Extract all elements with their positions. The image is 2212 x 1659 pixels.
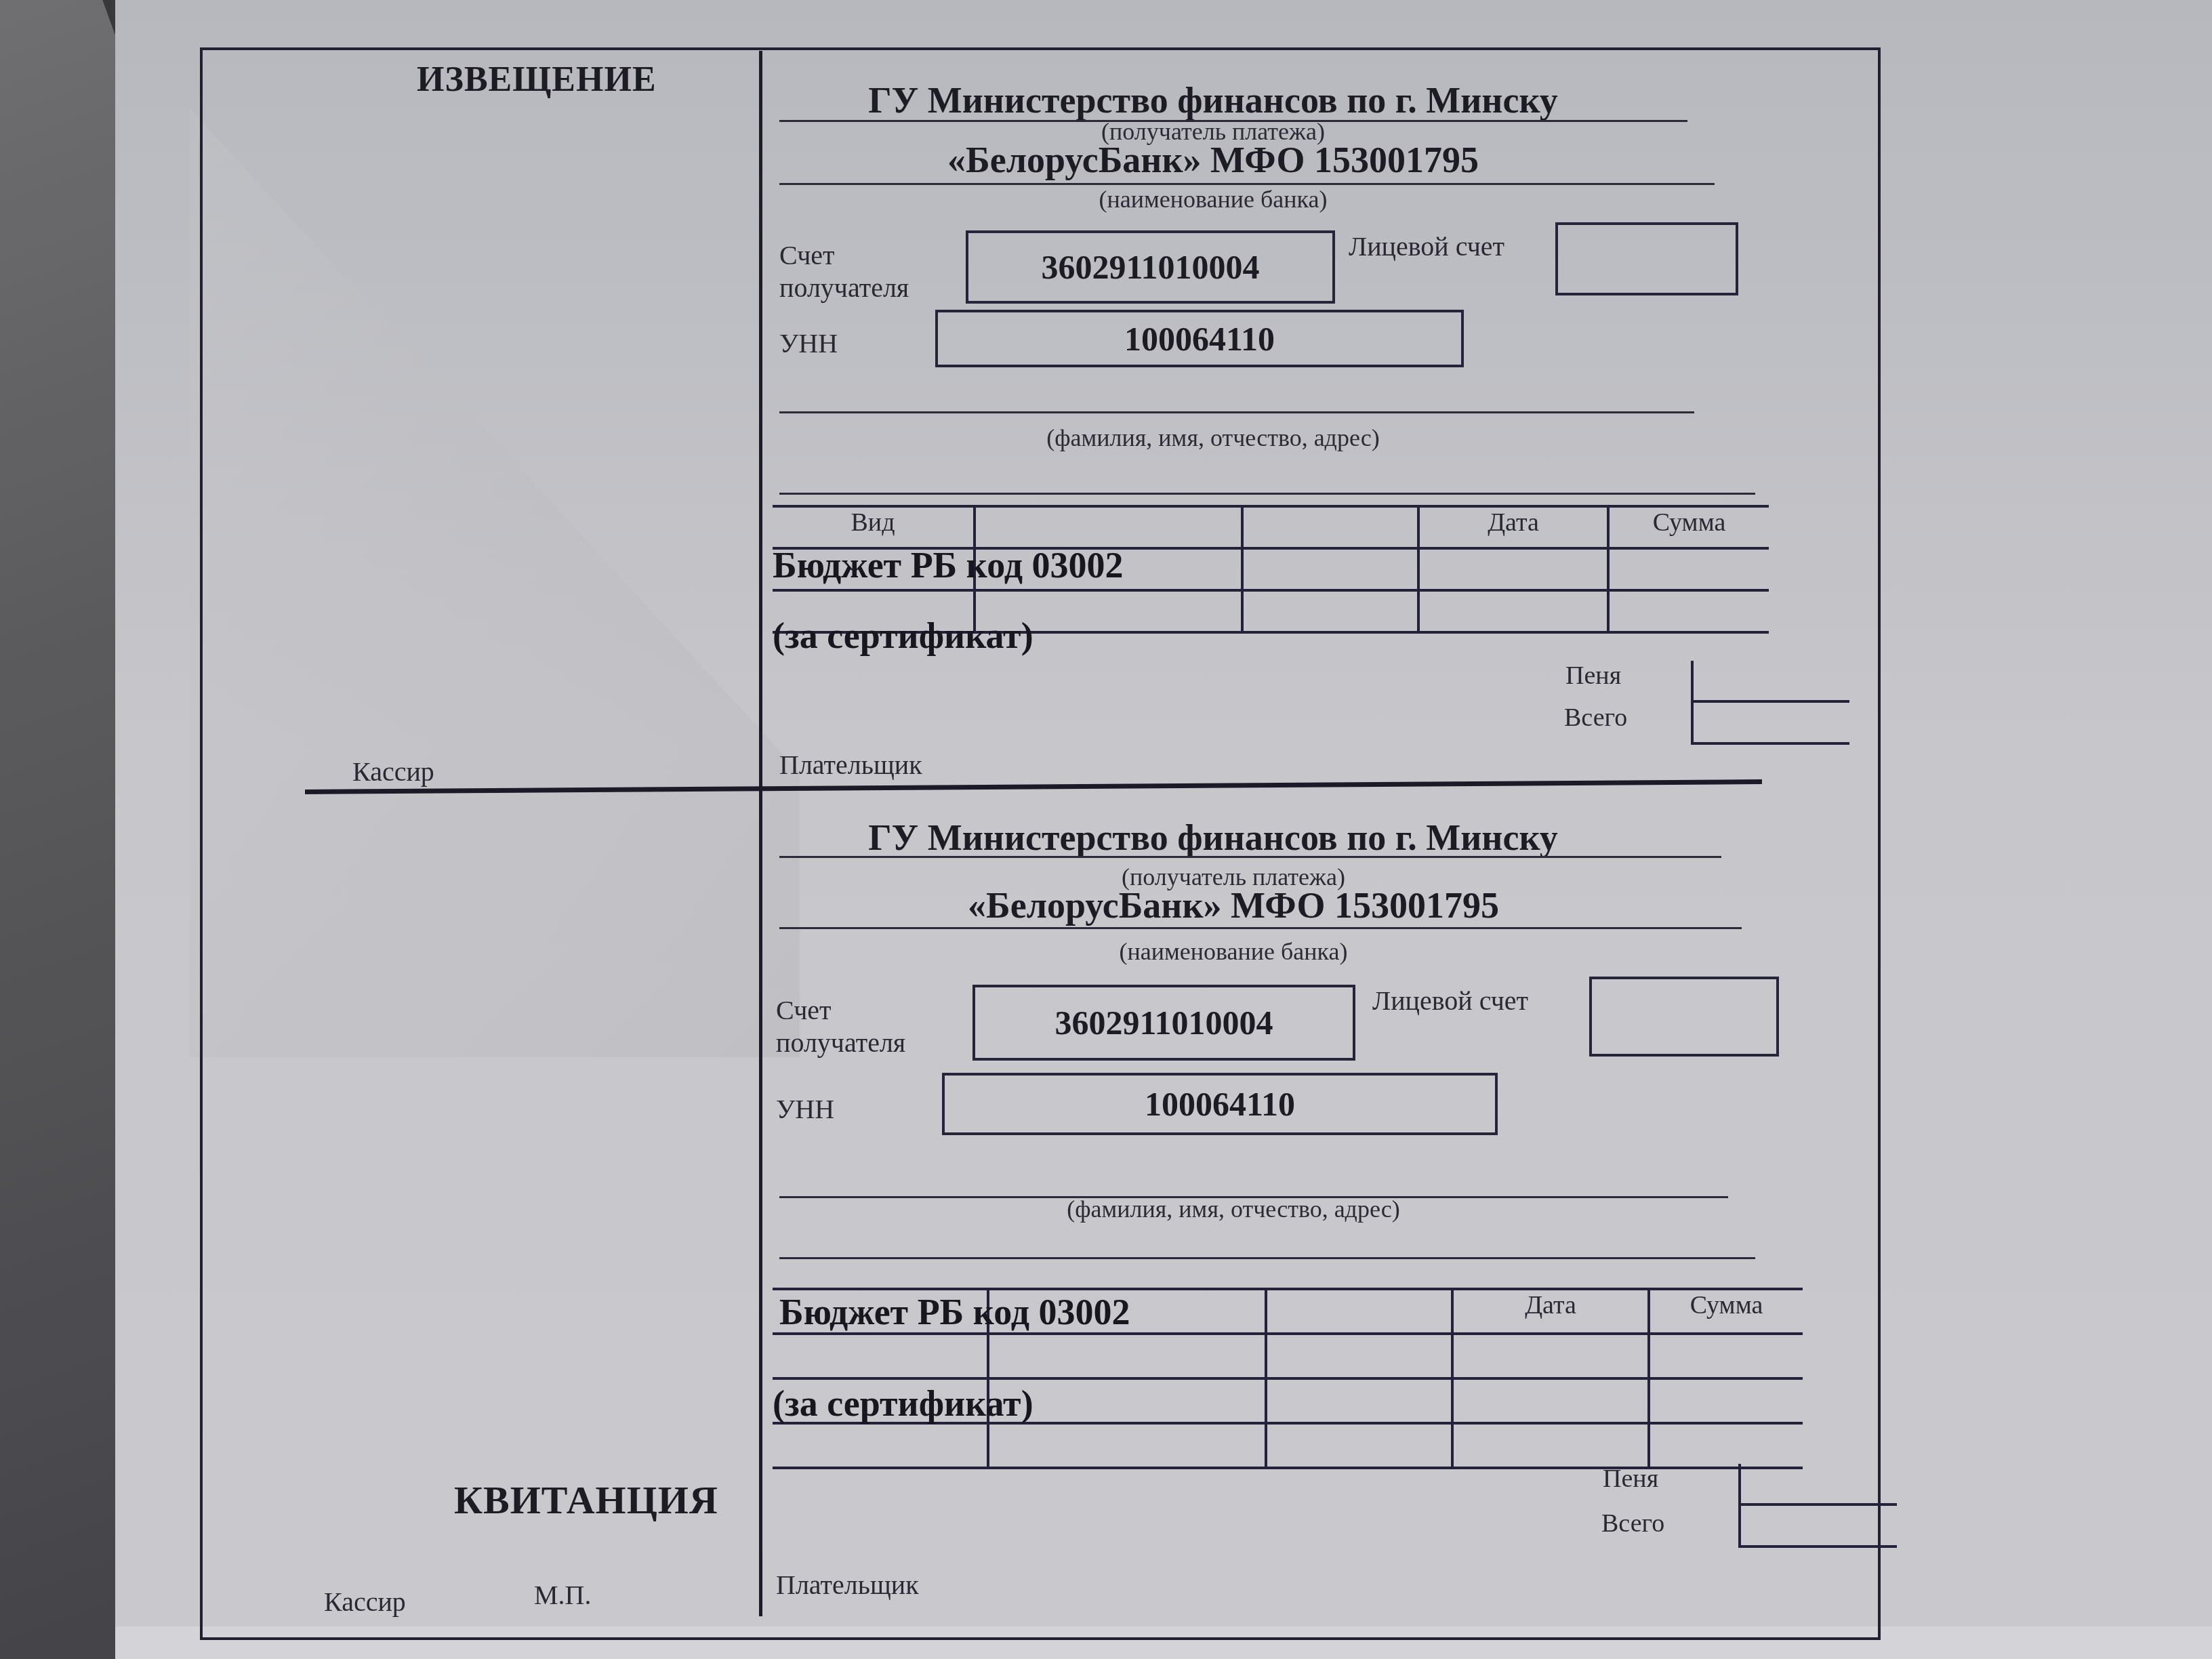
notice-total-label: Всего — [1564, 703, 1627, 733]
receipt-payer-caption: (фамилия, имя, отчество, адрес) — [793, 1195, 1674, 1223]
notice-penalty-field[interactable] — [1691, 661, 1849, 703]
notice-payer-label: Плательщик — [779, 749, 922, 781]
notice-cashier-label: Кассир — [352, 756, 434, 787]
notice-account-label: Счет получателя — [779, 239, 909, 304]
receipt-total-label: Всего — [1601, 1509, 1664, 1538]
notice-total-field[interactable] — [1691, 703, 1849, 745]
notice-payment-type-line1: Бюджет РБ код 03002 — [773, 544, 1123, 586]
notice-payment-type-line2: (за сертификат) — [773, 615, 1033, 657]
col-header-amount: Сумма — [1650, 1290, 1803, 1332]
table-row — [773, 1335, 1803, 1380]
col-header-amount: Сумма — [1610, 508, 1769, 547]
col-header-date: Дата — [1420, 508, 1610, 547]
payer-line-2 — [779, 493, 1755, 495]
receipt-payment-type-line2: (за сертификат) — [773, 1382, 1033, 1425]
notice-title: ИЗВЕЩЕНИЕ — [417, 60, 657, 100]
receipt-penalty-field[interactable] — [1738, 1464, 1897, 1506]
col-header-blank-2 — [1267, 1290, 1454, 1332]
receipt-personal-account-label: Лицевой счет — [1372, 985, 1528, 1017]
receipt-account-label: Счет получателя — [776, 994, 905, 1059]
col-header-type: Вид — [773, 508, 976, 547]
notice-penalty-label: Пеня — [1565, 661, 1621, 691]
notice-unn-label: УНН — [779, 327, 838, 360]
bank-underline — [779, 927, 1742, 929]
receipt-cashier-label: Кассир — [324, 1586, 406, 1618]
notice-unn-field[interactable]: 100064110 — [935, 310, 1464, 367]
receipt-stamp-label: М.П. — [534, 1579, 591, 1611]
notice-bank-caption: (наименование банка) — [773, 185, 1654, 213]
recipient-underline — [779, 856, 1721, 858]
receipt-total-field[interactable] — [1738, 1506, 1897, 1548]
notice-recipient: ГУ Министерство финансов по г. Минску — [773, 79, 1654, 121]
receipt-bank-caption: (наименование банка) — [793, 937, 1674, 966]
receipt-title: КВИТАНЦИЯ — [454, 1477, 718, 1523]
receipt-recipient: ГУ Министерство финансов по г. Минску — [773, 817, 1654, 859]
receipt-account-field[interactable]: 3602911010004 — [972, 985, 1355, 1061]
notice-payer-caption: (фамилия, имя, отчество, адрес) — [773, 424, 1654, 452]
table-header-row: Вид Дата Сумма — [773, 508, 1769, 550]
payer-line-2 — [779, 1257, 1755, 1259]
col-header-date: Дата — [1454, 1290, 1650, 1332]
payer-line-1 — [779, 411, 1694, 413]
notice-account-field[interactable]: 3602911010004 — [966, 230, 1335, 304]
col-header-blank-1 — [976, 508, 1244, 547]
notice-bank: «БелорусБанк» МФО 153001795 — [773, 139, 1654, 181]
notice-personal-account-field[interactable] — [1555, 222, 1738, 295]
form-vertical-divider — [759, 51, 762, 1616]
col-header-blank-2 — [1244, 508, 1420, 547]
receipt-unn-label: УНН — [776, 1093, 834, 1126]
receipt-bank: «БелорусБанк» МФО 153001795 — [793, 884, 1674, 926]
receipt-unn-field[interactable]: 100064110 — [942, 1073, 1498, 1135]
receipt-penalty-label: Пеня — [1603, 1464, 1658, 1494]
table-row — [773, 1425, 1803, 1469]
notice-personal-account-label: Лицевой счет — [1349, 230, 1504, 263]
receipt-personal-account-field[interactable] — [1589, 977, 1779, 1057]
receipt-payment-type-line1: Бюджет РБ код 03002 — [779, 1291, 1130, 1333]
receipt-payer-label: Плательщик — [776, 1569, 919, 1601]
